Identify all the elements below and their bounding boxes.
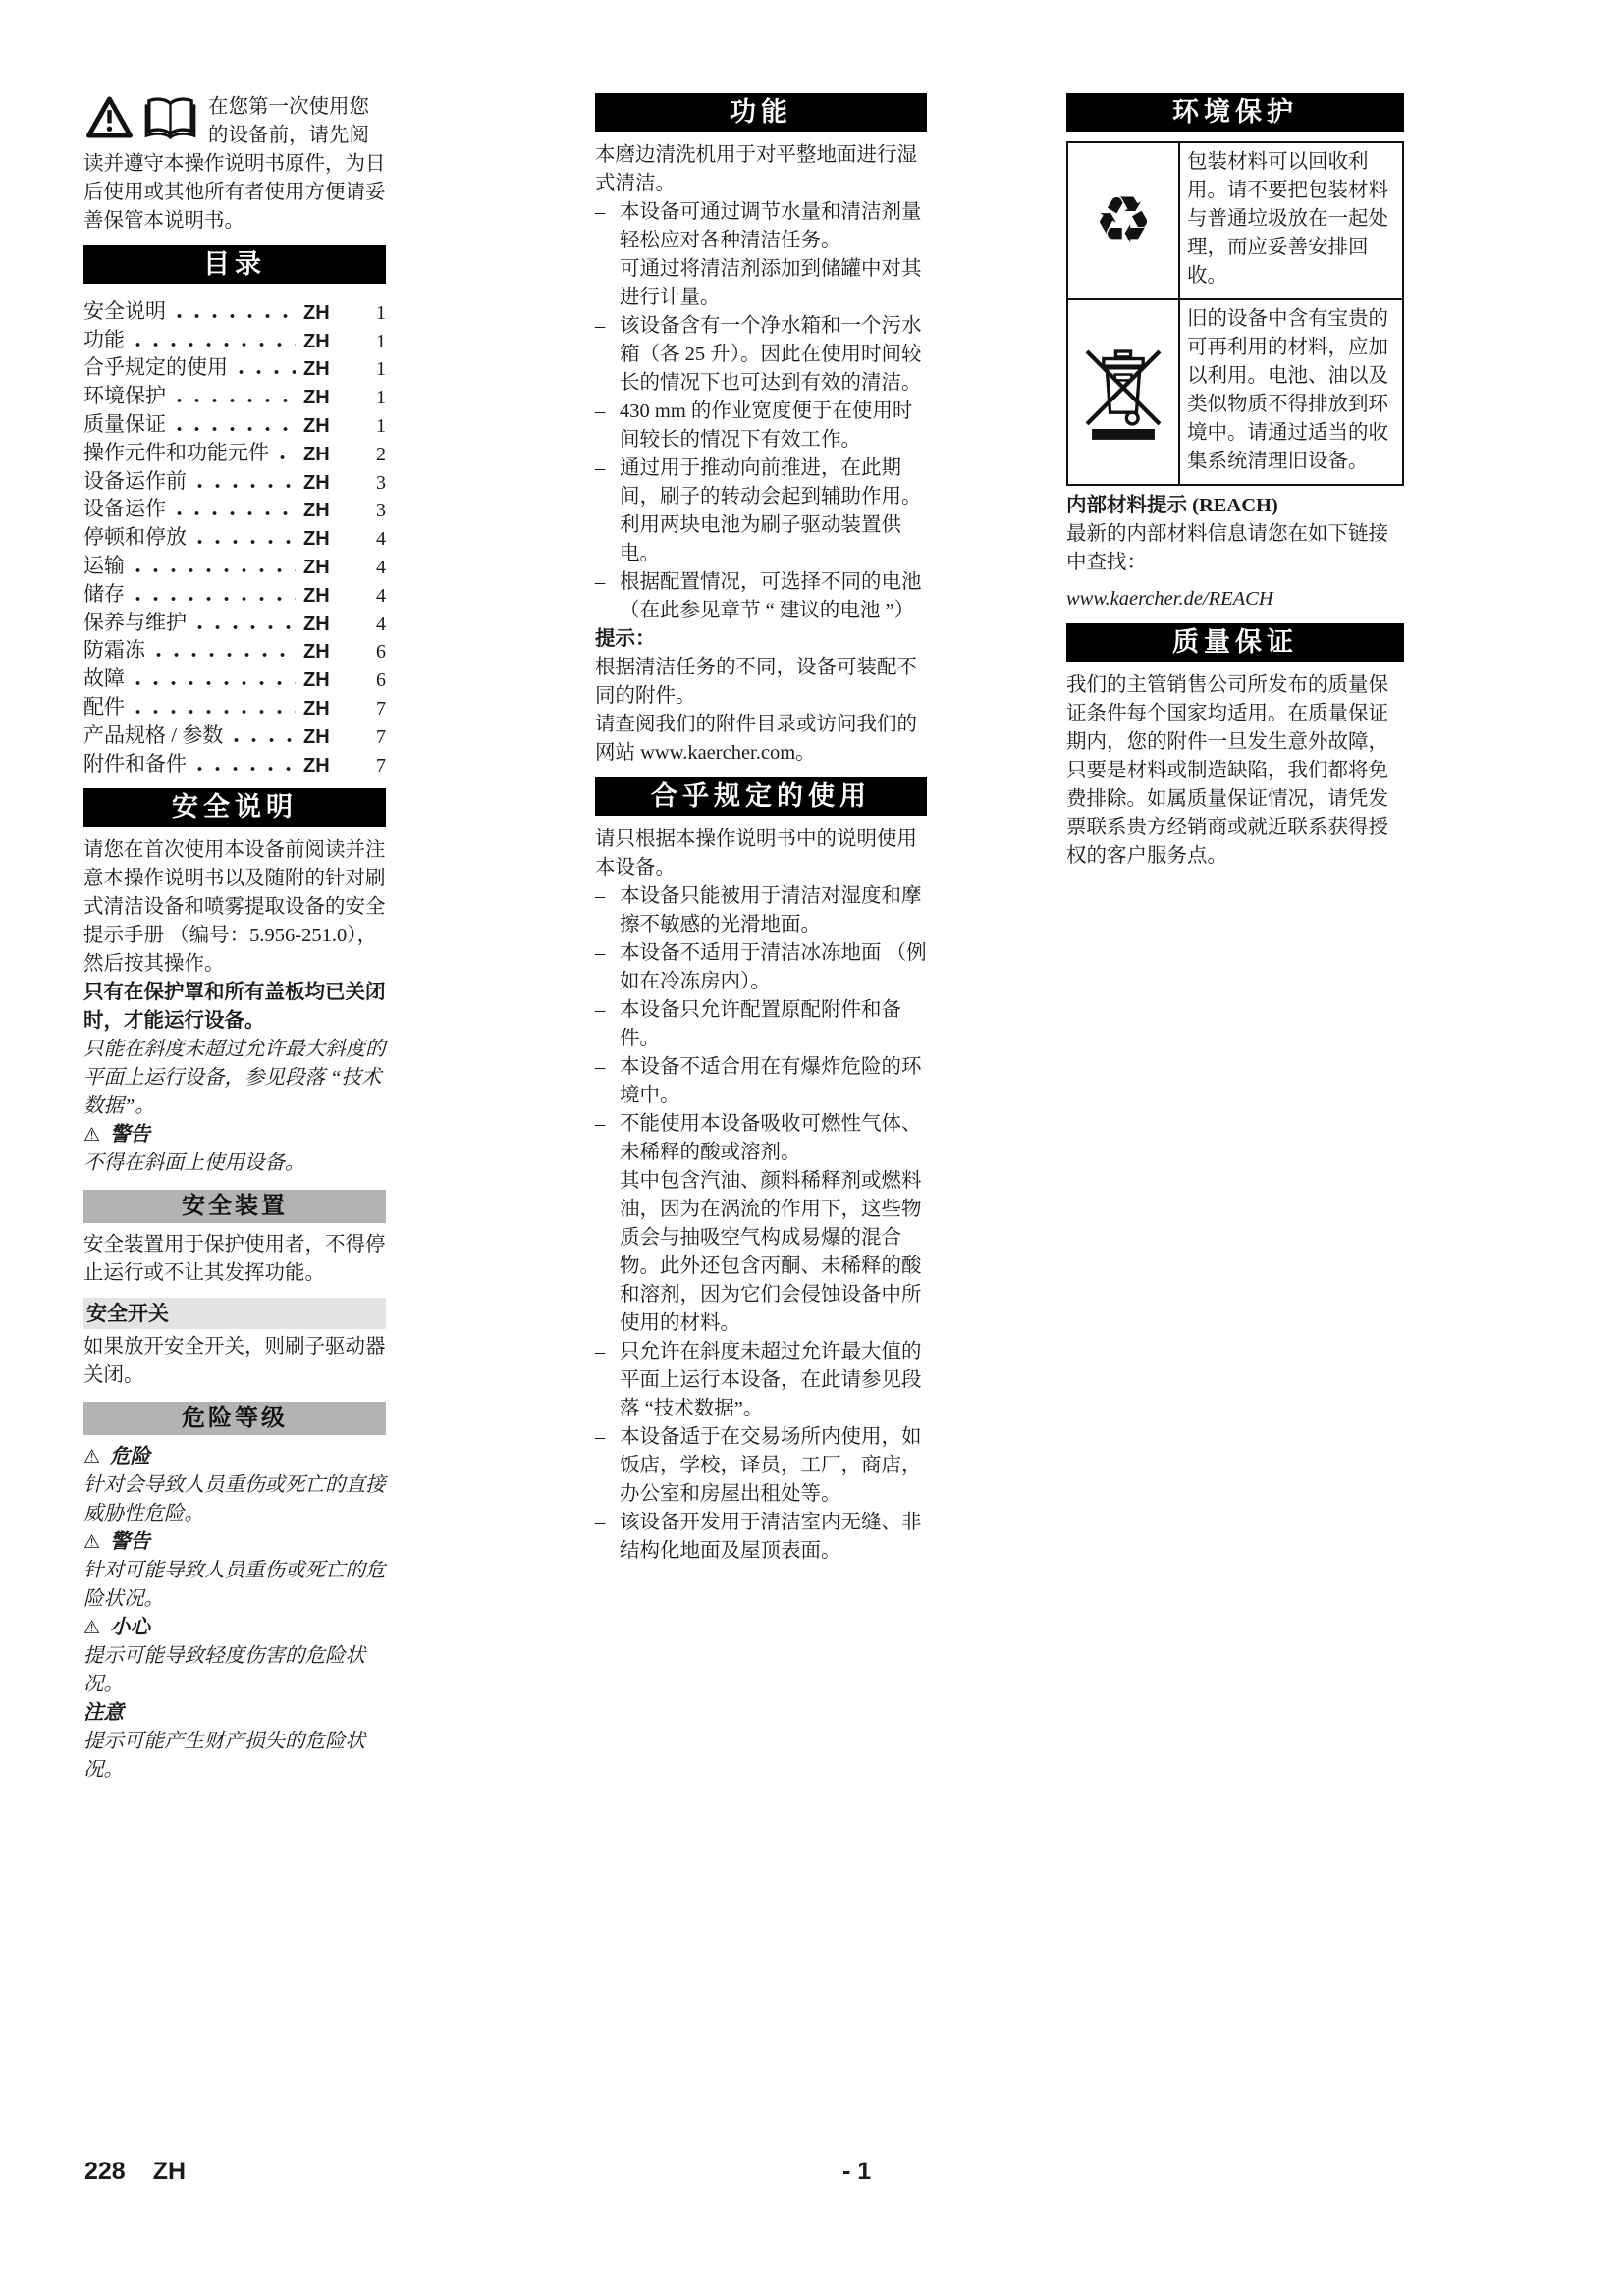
- toc-entry-label: 运输: [83, 552, 125, 580]
- notice-icons: [85, 95, 198, 141]
- function-intro: 本磨边清洗机用于对平整地面进行湿式清洁。: [595, 141, 927, 198]
- reach-notice: 内部材料提示 (REACH) 最新的内部材料信息请您在如下链接中查找： www.…: [1066, 492, 1404, 614]
- toc-entry-language: ZH: [303, 413, 362, 439]
- proper-use-intro: 请只根据本操作说明书中的说明使用本设备。: [595, 826, 927, 882]
- column-left: 在您第一次使用您的设备前，请先阅读并遵守本操作说明书原件，为日后使用或其他所有者…: [83, 93, 386, 1785]
- reach-text: 最新的内部材料信息请您在如下链接中查找：: [1066, 520, 1404, 577]
- safety-paragraph-italic: 只能在斜度未超过允许最大斜度的平面上运行设备，参见段落 “技术数据”。: [83, 1036, 386, 1121]
- toc-dot-leader: [196, 764, 296, 774]
- warranty-text: 我们的主管销售公司所发布的质量保证条件每个国家均适用。在质量保证期内，您的附件一…: [1066, 671, 1404, 871]
- toc-entry-language: ZH: [303, 724, 362, 750]
- subsection-safety-switch: 安全开关: [83, 1298, 386, 1329]
- toc-entry-label: 配件: [83, 693, 125, 721]
- danger-level-label: 注意: [83, 1699, 386, 1728]
- table-of-contents: 安全说明 ZH 1 功能 ZH 1 合乎规定的使用 ZH 1: [83, 297, 386, 778]
- toc-entry-language: ZH: [303, 612, 362, 637]
- list-item: 该设备开发用于清洁室内无缝、非结构化地面及屋顶表面。: [595, 1509, 927, 1566]
- list-item: 本设备适于在交易场所内使用，如饭店，学校，译员，工厂，商店，办公室和房屋出租处等…: [595, 1423, 927, 1509]
- toc-dot-leader: [135, 678, 296, 688]
- toc-entry-language: ZH: [303, 639, 362, 665]
- toc-dot-leader: [155, 650, 296, 660]
- warning-triangle-icon: [85, 95, 134, 139]
- toc-entry-page: 1: [362, 385, 386, 410]
- toc-entry-page: 1: [362, 413, 386, 439]
- catalog-text: 请查阅我们的附件目录或访问我们的网站 www.kaercher.com。: [595, 711, 927, 768]
- list-item: 不能使用本设备吸收可燃性气体、未稀释的酸或溶剂。 其中包含汽油、颜料稀释剂或燃料…: [595, 1110, 927, 1338]
- danger-level-item: ⚠小心 提示可能导致轻度伤害的危险状况。: [83, 1614, 386, 1699]
- toc-entry-label: 合乎规定的使用: [83, 353, 228, 382]
- section-header-function: 功能: [595, 93, 927, 132]
- danger-level-text: 提示可能导致轻度伤害的危险状况。: [83, 1642, 386, 1699]
- toc-entry-label: 储存: [83, 580, 125, 609]
- toc-entry-language: ZH: [303, 300, 362, 326]
- toc-entry: 安全说明 ZH 1: [83, 297, 386, 326]
- list-item: 本设备不适合用在有爆炸危险的环境中。: [595, 1053, 927, 1110]
- toc-entry-label: 保养与维护: [83, 609, 187, 637]
- footer-page-number: 228: [84, 2158, 126, 2185]
- toc-entry-language: ZH: [303, 470, 362, 496]
- toc-dot-leader: [176, 396, 296, 405]
- danger-level-text: 提示可能产生财产损失的危险状况。: [83, 1728, 386, 1785]
- safety-devices-text: 安全装置用于保护使用者，不得停止运行或不让其发挥功能。: [83, 1231, 386, 1288]
- toc-entry-page: 4: [362, 612, 386, 637]
- toc-dot-leader: [176, 311, 296, 321]
- section-header-proper-use: 合乎规定的使用: [595, 777, 927, 816]
- safety-switch-text: 如果放开安全开关，则刷子驱动器关闭。: [83, 1333, 386, 1390]
- proper-use-bullet-list: 本设备只能被用于清洁对湿度和摩擦不敏感的光滑地面。 本设备不适用于清洁冰冻地面 …: [595, 882, 927, 1566]
- toc-dot-leader: [196, 481, 296, 491]
- toc-entry-label: 安全说明: [83, 297, 166, 326]
- list-item: 本设备不适用于清洁冰冻地面 （例如在冷冻房内）。: [595, 939, 927, 996]
- toc-dot-leader: [196, 622, 296, 632]
- toc-entry-label: 故障: [83, 665, 125, 693]
- toc-entry-label: 功能: [83, 326, 125, 354]
- list-item: 该设备含有一个净水箱和一个污水箱（各 25 升）。因此在使用时间较长的情况下也可…: [595, 312, 927, 398]
- toc-entry-page: 4: [362, 555, 386, 580]
- danger-level-label: ⚠小心: [83, 1614, 386, 1642]
- reach-title: 内部材料提示 (REACH): [1066, 492, 1404, 520]
- toc-entry-label: 停顿和停放: [83, 523, 187, 552]
- note-text: 根据清洁任务的不同，设备可装配不同的附件。: [595, 654, 927, 711]
- manual-page: 在您第一次使用您的设备前，请先阅读并遵守本操作说明书原件，为日后使用或其他所有者…: [0, 0, 1624, 2296]
- list-item-text: 本设备只允许配置原配附件和备件。: [620, 996, 927, 1053]
- toc-entry-language: ZH: [303, 555, 362, 580]
- toc-dot-leader: [279, 453, 296, 462]
- section-header-toc: 目录: [83, 245, 386, 284]
- footer-chapter-page: - 1: [842, 2158, 871, 2186]
- list-item-text: 本设备不适用于清洁冰冻地面 （例如在冷冻房内）。: [620, 939, 927, 996]
- toc-entry: 操作元件和功能元件 ZH 2: [83, 439, 386, 467]
- section-header-environment: 环境保护: [1066, 93, 1404, 132]
- toc-entry-page: 1: [362, 329, 386, 354]
- safety-warning-text: 不得在斜面上使用设备。: [83, 1149, 386, 1178]
- section-header-warranty: 质量保证: [1066, 623, 1404, 662]
- toc-entry: 储存 ZH 4: [83, 580, 386, 609]
- toc-entry: 设备运作前 ZH 3: [83, 467, 386, 496]
- toc-entry-label: 产品规格 / 参数: [83, 721, 223, 750]
- toc-entry-language: ZH: [303, 329, 362, 354]
- toc-entry-label: 附件和备件: [83, 750, 187, 778]
- toc-dot-leader: [196, 537, 296, 547]
- toc-entry: 环境保护 ZH 1: [83, 382, 386, 410]
- safety-warning-label: ⚠警告: [83, 1121, 386, 1149]
- danger-levels: ⚠危险 针对会导致人员重伤或死亡的直接威胁性危险。 ⚠警告 针对可能导致人员重伤…: [83, 1443, 386, 1785]
- toc-entry: 故障 ZH 6: [83, 665, 386, 693]
- list-item-text: 该设备开发用于清洁室内无缝、非结构化地面及屋顶表面。: [620, 1509, 927, 1566]
- reach-url: www.kaercher.de/REACH: [1066, 585, 1404, 614]
- list-item: 430 mm 的作业宽度便于在使用时间较长的情况下有效工作。: [595, 398, 927, 454]
- list-item-text: 本设备不适合用在有爆炸危险的环境中。: [620, 1053, 927, 1110]
- environment-row-old-devices: 旧的设备中含有宝贵的可再利用的材料，应加以利用。电池、油以及类似物质不得排放到环…: [1068, 298, 1402, 484]
- list-item: 本设备只允许配置原配附件和备件。: [595, 996, 927, 1053]
- danger-level-label: ⚠危险: [83, 1443, 386, 1471]
- toc-entry: 质量保证 ZH 1: [83, 410, 386, 439]
- toc-entry-page: 7: [362, 724, 386, 750]
- list-item-text: 本设备只能被用于清洁对湿度和摩擦不敏感的光滑地面。: [620, 882, 927, 939]
- list-item-text: 只允许在斜度未超过允许最大值的平面上运行本设备，在此请参见段落 “技术数据”。: [620, 1338, 927, 1423]
- toc-entry: 设备运作 ZH 3: [83, 496, 386, 524]
- environment-row-text: 包装材料可以回收利用。请不要把包装材料与普通垃圾放在一起处理，而应妥善安排回收。: [1180, 143, 1402, 298]
- toc-entry-page: 3: [362, 470, 386, 496]
- column-right: 环境保护 ♻ 包装材料可以回收利用。请不要把包装材料与普通垃圾放在一起处理，而应…: [1066, 93, 1404, 871]
- danger-level-text: 针对可能导致人员重伤或死亡的危险状况。: [83, 1557, 386, 1614]
- toc-entry: 合乎规定的使用 ZH 1: [83, 354, 386, 383]
- list-item-text: 根据配置情况，可选择不同的电池 （在此参见章节 “ 建议的电池 ”）: [620, 568, 927, 625]
- toc-entry-language: ZH: [303, 753, 362, 778]
- recycling-symbol-icon: ♻: [1068, 143, 1180, 298]
- toc-dot-leader: [238, 367, 296, 377]
- section-header-safety: 安全说明: [83, 788, 386, 827]
- list-item-text: 430 mm 的作业宽度便于在使用时间较长的情况下有效工作。: [620, 398, 927, 454]
- toc-entry-page: 7: [362, 753, 386, 778]
- toc-entry-language: ZH: [303, 696, 362, 721]
- toc-entry: 停顿和停放 ZH 4: [83, 523, 386, 552]
- toc-entry: 附件和备件 ZH 7: [83, 750, 386, 778]
- toc-entry: 功能 ZH 1: [83, 326, 386, 354]
- toc-entry-page: 4: [362, 526, 386, 552]
- toc-dot-leader: [135, 565, 296, 575]
- list-item: 根据配置情况，可选择不同的电池 （在此参见章节 “ 建议的电池 ”）: [595, 568, 927, 625]
- danger-level-label: ⚠警告: [83, 1528, 386, 1557]
- toc-entry-label: 环境保护: [83, 382, 166, 410]
- read-first-notice: 在您第一次使用您的设备前，请先阅读并遵守本操作说明书原件，为日后使用或其他所有者…: [83, 93, 386, 236]
- footer-page-info: 228ZH: [84, 2158, 186, 2186]
- toc-entry-page: 4: [362, 583, 386, 609]
- toc-entry: 运输 ZH 4: [83, 552, 386, 580]
- list-item: 本设备只能被用于清洁对湿度和摩擦不敏感的光滑地面。: [595, 882, 927, 939]
- open-book-icon: [142, 95, 198, 141]
- toc-entry-page: 1: [362, 356, 386, 382]
- environment-table: ♻ 包装材料可以回收利用。请不要把包装材料与普通垃圾放在一起处理，而应妥善安排回…: [1066, 141, 1404, 486]
- toc-entry-label: 防霜冻: [83, 636, 145, 665]
- environment-row-text: 旧的设备中含有宝贵的可再利用的材料，应加以利用。电池、油以及类似物质不得排放到环…: [1180, 300, 1402, 484]
- list-item-text: 通过用于推动向前推进，在此期间，刷子的转动会起到辅助作用。利用两块电池为刷子驱动…: [620, 454, 927, 568]
- toc-entry: 配件 ZH 7: [83, 693, 386, 721]
- column-middle: 功能 本磨边清洗机用于对平整地面进行湿式清洁。 本设备可通过调节水量和清洁剂量轻…: [595, 93, 927, 1566]
- warning-sign-icon: ⚠: [83, 1124, 100, 1146]
- toc-entry-language: ZH: [303, 356, 362, 382]
- toc-entry-label: 质量保证: [83, 410, 166, 439]
- toc-entry-language: ZH: [303, 442, 362, 467]
- list-item: 本设备可通过调节水量和清洁剂量轻松应对各种清洁任务。 可通过将清洁剂添加到储罐中…: [595, 198, 927, 312]
- toc-entry: 保养与维护 ZH 4: [83, 609, 386, 637]
- footer-language-code: ZH: [153, 2158, 186, 2185]
- toc-entry-language: ZH: [303, 498, 362, 523]
- toc-dot-leader: [135, 594, 296, 604]
- list-item: 只允许在斜度未超过允许最大值的平面上运行本设备，在此请参见段落 “技术数据”。: [595, 1338, 927, 1423]
- toc-dot-leader: [176, 424, 296, 434]
- environment-row-packaging: ♻ 包装材料可以回收利用。请不要把包装材料与普通垃圾放在一起处理，而应妥善安排回…: [1068, 143, 1402, 298]
- toc-entry: 防霜冻 ZH 6: [83, 637, 386, 666]
- warning-sign-icon: ⚠: [83, 1446, 100, 1468]
- function-bullet-list: 本设备可通过调节水量和清洁剂量轻松应对各种清洁任务。 可通过将清洁剂添加到储罐中…: [595, 198, 927, 625]
- toc-entry-language: ZH: [303, 526, 362, 552]
- toc-entry-language: ZH: [303, 583, 362, 609]
- list-item-text: 不能使用本设备吸收可燃性气体、未稀释的酸或溶剂。 其中包含汽油、颜料稀释剂或燃料…: [620, 1110, 927, 1338]
- toc-entry-page: 6: [362, 667, 386, 693]
- toc-entry-label: 操作元件和功能元件: [83, 439, 269, 467]
- safety-paragraph: 请您在首次使用本设备前阅读并注意本操作说明书以及随附的针对刷式清洁设备和喷雾提取…: [83, 836, 386, 979]
- toc-dot-leader: [176, 508, 296, 518]
- list-item-text: 本设备适于在交易场所内使用，如饭店，学校，译员，工厂，商店，办公室和房屋出租处等…: [620, 1423, 927, 1509]
- toc-entry-page: 3: [362, 498, 386, 523]
- section-header-safety-devices: 安全装置: [83, 1190, 386, 1223]
- toc-entry-page: 7: [362, 696, 386, 721]
- toc-entry-page: 2: [362, 442, 386, 467]
- toc-entry: 产品规格 / 参数 ZH 7: [83, 721, 386, 750]
- crossed-out-wheelie-bin-icon: [1068, 300, 1180, 484]
- toc-entry-page: 6: [362, 639, 386, 665]
- warning-sign-icon: ⚠: [83, 1531, 100, 1553]
- list-item-text: 该设备含有一个净水箱和一个污水箱（各 25 升）。因此在使用时间较长的情况下也可…: [620, 312, 927, 398]
- danger-level-text: 针对会导致人员重伤或死亡的直接威胁性危险。: [83, 1471, 386, 1528]
- section-header-danger-levels: 危险等级: [83, 1402, 386, 1435]
- toc-entry-language: ZH: [303, 385, 362, 410]
- toc-entry-page: 1: [362, 300, 386, 326]
- toc-dot-leader: [135, 707, 296, 717]
- note-label: 提示：: [595, 625, 927, 654]
- toc-dot-leader: [233, 735, 296, 745]
- danger-level-item: ⚠危险 针对会导致人员重伤或死亡的直接威胁性危险。: [83, 1443, 386, 1528]
- toc-entry-label: 设备运作: [83, 495, 166, 523]
- safety-paragraph-bold: 只有在保护罩和所有盖板均已关闭时，才能运行设备。: [83, 979, 386, 1036]
- warning-sign-icon: ⚠: [83, 1617, 100, 1638]
- danger-level-item: ⚠警告 针对可能导致人员重伤或死亡的危险状况。: [83, 1528, 386, 1614]
- list-item: 通过用于推动向前推进，在此期间，刷子的转动会起到辅助作用。利用两块电池为刷子驱动…: [595, 454, 927, 568]
- toc-entry-label: 设备运作前: [83, 467, 187, 496]
- toc-dot-leader: [135, 340, 296, 349]
- danger-level-item: 注意 提示可能产生财产损失的危险状况。: [83, 1699, 386, 1785]
- list-item-text: 本设备可通过调节水量和清洁剂量轻松应对各种清洁任务。 可通过将清洁剂添加到储罐中…: [620, 198, 927, 312]
- toc-entry-language: ZH: [303, 667, 362, 693]
